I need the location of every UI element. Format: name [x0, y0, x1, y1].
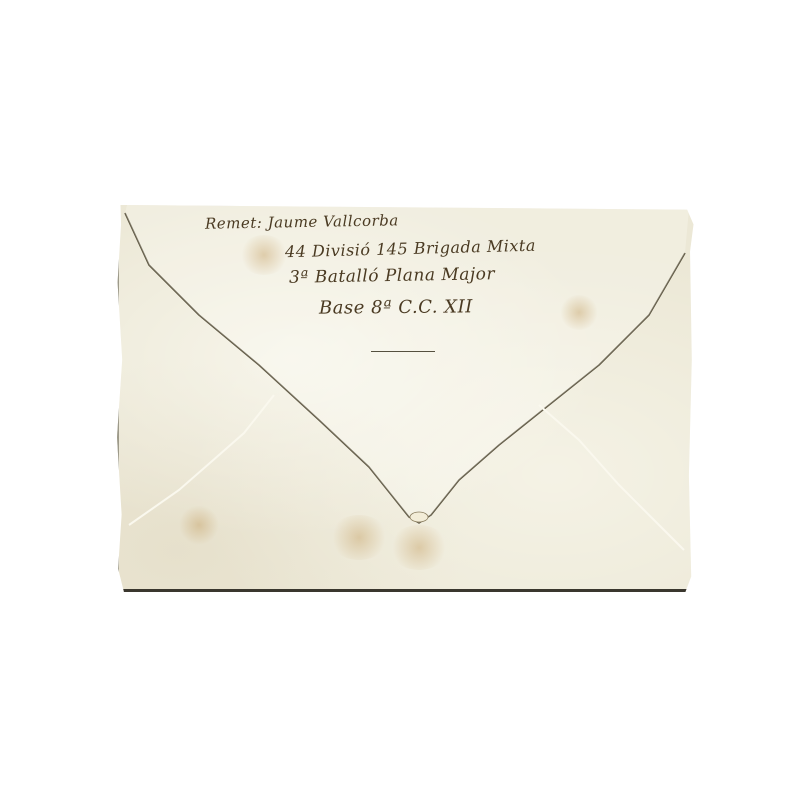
scan-background: Remet: Jaume Vallcorba 44 Divisió 145 Br… — [0, 0, 800, 800]
handwritten-underline — [371, 351, 435, 352]
sender-unit-line: 44 Divisió 145 Brigada Mixta — [285, 236, 536, 262]
sender-address: Remet: Jaume Vallcorba 44 Divisió 145 Br… — [119, 205, 697, 589]
sender-battalion-line: 3ª Batalló Plana Major — [289, 264, 495, 288]
envelope-back: Remet: Jaume Vallcorba 44 Divisió 145 Br… — [117, 205, 697, 592]
sender-base-line: Base 8ª C.C. XII — [319, 296, 473, 318]
sender-name-line: Remet: Jaume Vallcorba — [205, 211, 399, 232]
